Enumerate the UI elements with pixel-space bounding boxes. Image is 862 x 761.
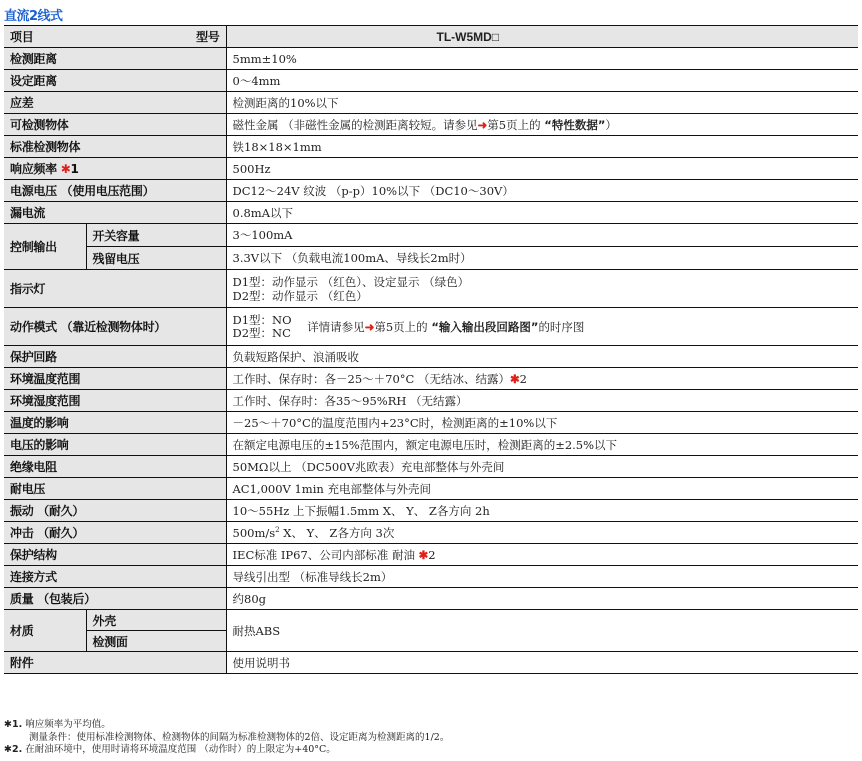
- row-value: 50MΩ以上 （DC500V兆欧表）充电部整体与外壳间: [226, 456, 858, 478]
- sub-label: 开关容量: [86, 224, 226, 247]
- row-value: 铁18×18×1mm: [226, 136, 858, 158]
- model-header: 型号: [196, 28, 219, 45]
- row-label: 指示灯: [4, 270, 226, 308]
- row-label: 控制输出: [4, 224, 86, 270]
- table-row: 环境湿度范围 工作时、保存时：各35～95%RH （无结露）: [4, 390, 858, 412]
- sub-label: 检测面: [86, 631, 226, 652]
- table-row: 绝缘电阻 50MΩ以上 （DC500V兆欧表）充电部整体与外壳间: [4, 456, 858, 478]
- row-value: 工作时、保存时：各35～95%RH （无结露）: [226, 390, 858, 412]
- footnote-1: ✱1. 响应频率为平均值。: [4, 719, 449, 732]
- row-label: 保护回路: [4, 346, 226, 368]
- footnote-text: 响应频率为平均值。: [22, 719, 111, 730]
- header-row: 项目 型号 TL-W5MD□: [4, 26, 858, 48]
- table-row: 振动 （耐久） 10～55Hz 上下振幅1.5mm X、 Y、 Z各方向 2h: [4, 500, 858, 522]
- row-label: 可检测物体: [4, 114, 226, 136]
- row-value: 工作时、保存时：各－25～＋70°C （无结冰、结露）✱2: [226, 368, 858, 390]
- reference-link[interactable]: “输入输出段回路图”: [431, 320, 538, 334]
- footnote-text: 在耐油环境中，使用时请将环境温度范围 （动作时）的上限定为+40°C。: [22, 744, 336, 755]
- value-text: X、 Y、 Z各方向 3次: [280, 526, 395, 540]
- table-row: 设定距离 0～4mm: [4, 70, 858, 92]
- table-row: 检测距离 5mm±10%: [4, 48, 858, 70]
- table-row: 耐电压 AC1,000V 1min 充电部整体与外壳间: [4, 478, 858, 500]
- mode-list: D1型：NO D2型：NC: [233, 314, 292, 340]
- sub-label: 残留电压: [86, 247, 226, 270]
- row-value: D1型：NO D2型：NC 详情请参见➜第5页上的 “输入输出段回路图”的时序图: [226, 308, 858, 346]
- value-text: 500m/s: [233, 526, 276, 540]
- table-row: 漏电流 0.8mA以下: [4, 202, 858, 224]
- row-value: 3～100mA: [226, 224, 858, 247]
- reference-note: 详情请参见➜第5页上的 “输入输出段回路图”的时序图: [307, 319, 584, 335]
- row-label: 冲击 （耐久）: [4, 522, 226, 544]
- table-row: 附件 使用说明书: [4, 652, 858, 674]
- table-row: 指示灯 D1型：动作显示 （红色）、设定显示 （绿色） D2型：动作显示 （红色…: [4, 270, 858, 308]
- table-row: 温度的影响 －25～＋70°C的温度范围内+23°C时，检测距离的±10%以下: [4, 412, 858, 434]
- row-label: 电源电压 （使用电压范围）: [4, 180, 226, 202]
- row-label: 动作模式 （靠近检测物体时）: [4, 308, 226, 346]
- value-line: D2型：NC: [233, 327, 292, 340]
- value-line: D2型：动作显示 （红色）: [233, 289, 853, 303]
- row-value: 10～55Hz 上下振幅1.5mm X、 Y、 Z各方向 2h: [226, 500, 858, 522]
- table-row: 应差 检测距离的10%以下: [4, 92, 858, 114]
- value-text: 详情请参见: [307, 320, 365, 334]
- table-row: 质量 （包装后） 约80g: [4, 588, 858, 610]
- value-line: D1型：动作显示 （红色）、设定显示 （绿色）: [233, 275, 853, 289]
- row-value: 0～4mm: [226, 70, 858, 92]
- row-value: 使用说明书: [226, 652, 858, 674]
- row-value: D1型：动作显示 （红色）、设定显示 （绿色） D2型：动作显示 （红色）: [226, 270, 858, 308]
- row-label: 检测距离: [4, 48, 226, 70]
- table-row: 连接方式 导线引出型 （标准导线长2m）: [4, 566, 858, 588]
- row-label: 温度的影响: [4, 412, 226, 434]
- row-value: 磁性金属 （非磁性金属的检测距离较短。请参见➜第5页上的 “特性数据”）: [226, 114, 858, 136]
- footnote-1-detail: 测量条件：使用标准检测物体、检测物体的间隔为标准检测物体的2倍、设定距离为检测距…: [4, 732, 449, 745]
- table-row: 保护结构 IEC标准 IP67、公司内部标准 耐油 ✱2: [4, 544, 858, 566]
- row-value: IEC标准 IP67、公司内部标准 耐油 ✱2: [226, 544, 858, 566]
- value-text: IEC标准 IP67、公司内部标准 耐油: [233, 548, 419, 562]
- table-row: 标准检测物体 铁18×18×1mm: [4, 136, 858, 158]
- footnote-ref: 2: [520, 372, 527, 386]
- row-label: 应差: [4, 92, 226, 114]
- value-text: 第5页上的: [487, 118, 544, 132]
- value-text: 的时序图: [538, 320, 584, 334]
- row-label: 电压的影响: [4, 434, 226, 456]
- row-value: －25～＋70°C的温度范围内+23°C时，检测距离的±10%以下: [226, 412, 858, 434]
- value-text: 工作时、保存时：各－25～＋70°C （无结冰、结露）: [233, 372, 510, 386]
- value-text: 磁性金属 （非磁性金属的检测距离较短。请参见: [233, 118, 478, 132]
- row-label: 质量 （包装后）: [4, 588, 226, 610]
- sub-label: 外壳: [86, 610, 226, 631]
- table-row: 可检测物体 磁性金属 （非磁性金属的检测距离较短。请参见➜第5页上的 “特性数据…: [4, 114, 858, 136]
- row-value: 导线引出型 （标准导线长2m）: [226, 566, 858, 588]
- asterisk-icon: ✱: [61, 162, 71, 176]
- row-label: 保护结构: [4, 544, 226, 566]
- reference-link[interactable]: “特性数据”: [544, 118, 605, 132]
- row-value: 500m/s2 X、 Y、 Z各方向 3次: [226, 522, 858, 544]
- value-text: 第5页上的: [374, 320, 431, 334]
- row-label: 附件: [4, 652, 226, 674]
- header-label-cell: 项目 型号: [4, 26, 226, 48]
- table-row: 残留电压 3.3V以下 （负载电流100mA、导线长2m时）: [4, 247, 858, 270]
- section-title: 直流2线式: [4, 5, 63, 24]
- row-label: 振动 （耐久）: [4, 500, 226, 522]
- row-value: 0.8mA以下: [226, 202, 858, 224]
- footnote-marker: ✱2.: [4, 744, 22, 755]
- footnote-marker: ✱1.: [4, 719, 22, 730]
- row-value: 500Hz: [226, 158, 858, 180]
- footnote-ref: 1: [70, 162, 78, 176]
- item-header: 项目: [10, 30, 33, 44]
- footnotes: ✱1. 响应频率为平均值。 测量条件：使用标准检测物体、检测物体的间隔为标准检测…: [4, 719, 449, 757]
- row-value: 检测距离的10%以下: [226, 92, 858, 114]
- row-value: 约80g: [226, 588, 858, 610]
- value-line: D1型：NO: [233, 314, 292, 327]
- table-row: 环境温度范围 工作时、保存时：各－25～＋70°C （无结冰、结露）✱2: [4, 368, 858, 390]
- row-label: 材质: [4, 610, 86, 652]
- row-value: 5mm±10%: [226, 48, 858, 70]
- label-text: 响应频率: [10, 162, 61, 176]
- footnote-2: ✱2. 在耐油环境中，使用时请将环境温度范围 （动作时）的上限定为+40°C。: [4, 744, 449, 757]
- row-label: 漏电流: [4, 202, 226, 224]
- row-value: DC12～24V 纹波 （p-p）10%以下 （DC10～30V）: [226, 180, 858, 202]
- row-label: 连接方式: [4, 566, 226, 588]
- row-label: 环境湿度范围: [4, 390, 226, 412]
- row-label: 绝缘电阻: [4, 456, 226, 478]
- row-label: 标准检测物体: [4, 136, 226, 158]
- table-row: 电源电压 （使用电压范围） DC12～24V 纹波 （p-p）10%以下 （DC…: [4, 180, 858, 202]
- table-row: 电压的影响 在额定电源电压的±15%范围内，额定电源电压时，检测距离的±2.5%…: [4, 434, 858, 456]
- asterisk-icon: ✱: [510, 372, 520, 386]
- model-value: TL-W5MD□: [226, 26, 858, 48]
- row-value: 在额定电源电压的±15%范围内，额定电源电压时，检测距离的±2.5%以下: [226, 434, 858, 456]
- row-value: 耐热ABS: [226, 610, 858, 652]
- row-value: 3.3V以下 （负载电流100mA、导线长2m时）: [226, 247, 858, 270]
- arrow-right-icon: ➜: [365, 320, 375, 334]
- row-value: 负载短路保护、浪涌吸收: [226, 346, 858, 368]
- asterisk-icon: ✱: [419, 548, 429, 562]
- table-row: 冲击 （耐久） 500m/s2 X、 Y、 Z各方向 3次: [4, 522, 858, 544]
- footnote-ref: 2: [428, 548, 435, 562]
- row-label: 设定距离: [4, 70, 226, 92]
- table-row: 响应频率 ✱1 500Hz: [4, 158, 858, 180]
- row-label: 耐电压: [4, 478, 226, 500]
- table-row: 材质 外壳 耐热ABS: [4, 610, 858, 631]
- row-label: 响应频率 ✱1: [4, 158, 226, 180]
- row-label: 环境温度范围: [4, 368, 226, 390]
- value-text: ）: [605, 118, 617, 132]
- table-row: 保护回路 负载短路保护、浪涌吸收: [4, 346, 858, 368]
- row-value: AC1,000V 1min 充电部整体与外壳间: [226, 478, 858, 500]
- table-row: 控制输出 开关容量 3～100mA: [4, 224, 858, 247]
- spec-table: 项目 型号 TL-W5MD□ 检测距离 5mm±10% 设定距离 0～4mm 应…: [4, 25, 858, 674]
- arrow-right-icon: ➜: [478, 118, 488, 132]
- table-row: 动作模式 （靠近检测物体时） D1型：NO D2型：NC 详情请参见➜第5页上的…: [4, 308, 858, 346]
